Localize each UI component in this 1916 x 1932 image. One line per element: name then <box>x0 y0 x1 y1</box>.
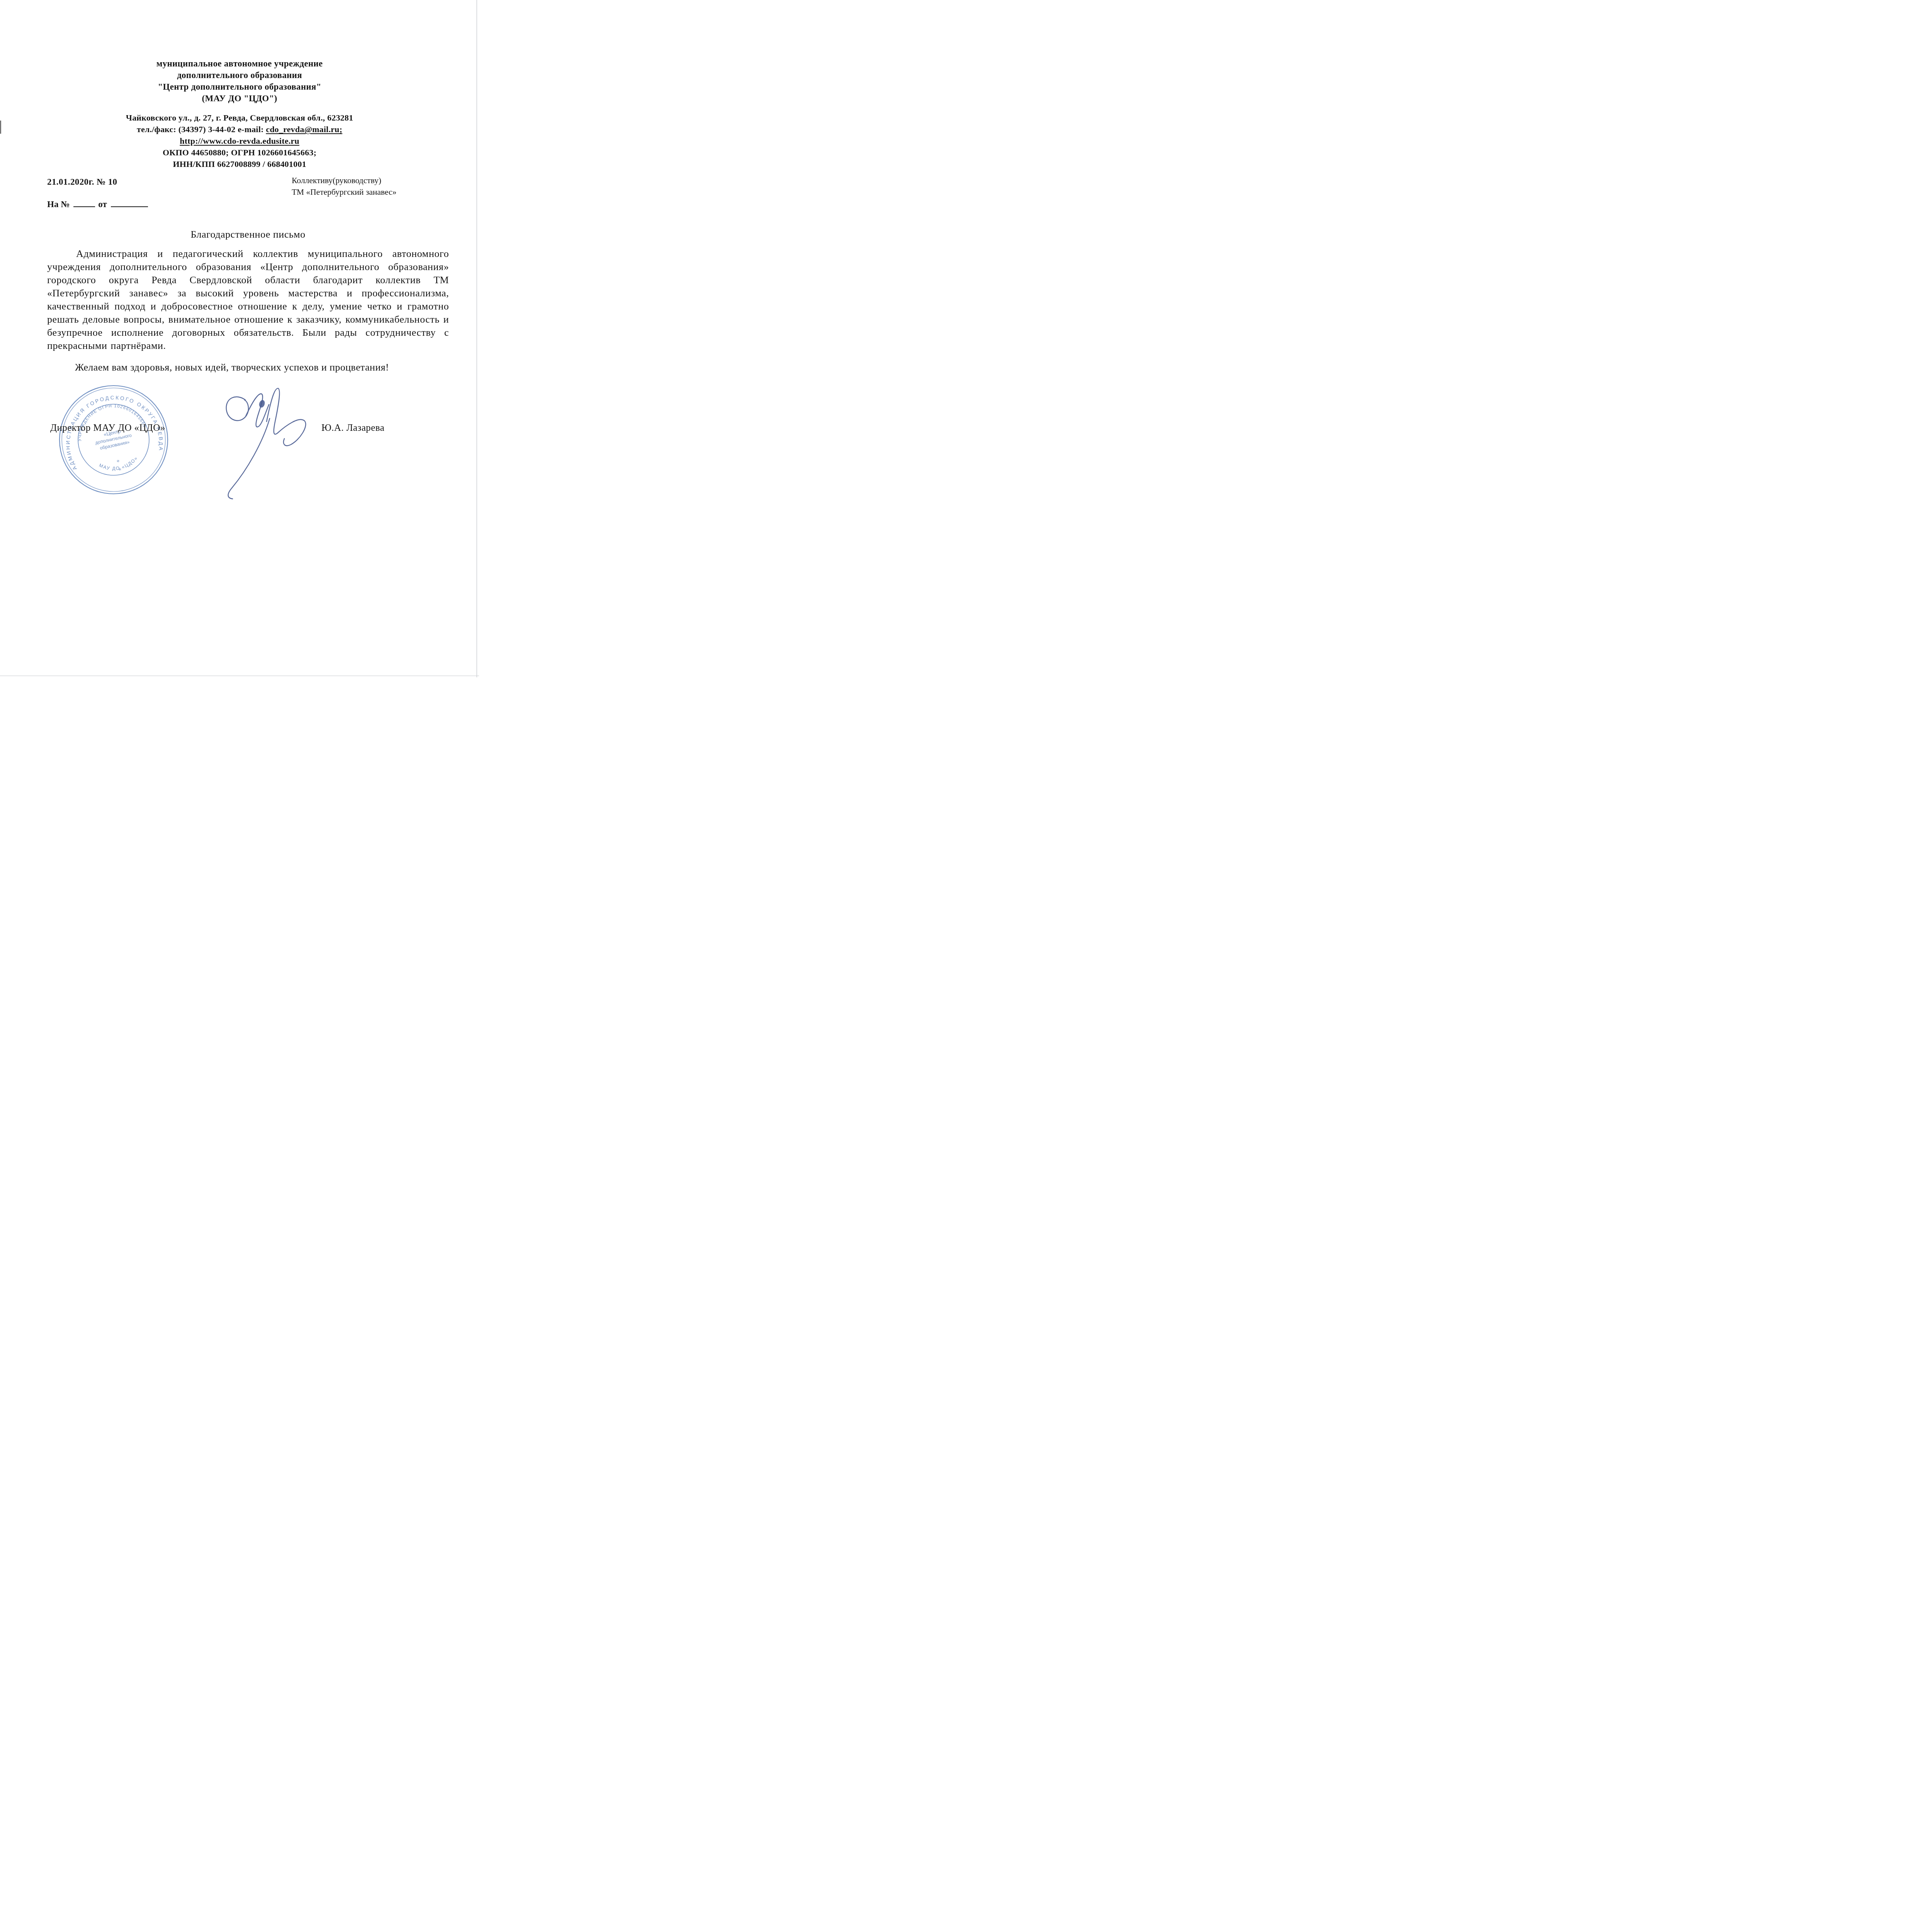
stamp-star-1: ✳ <box>116 459 120 464</box>
scan-edge-right <box>476 0 477 677</box>
inn-kpp-line: ИНН/КПП 6627008899 / 668401001 <box>0 158 479 170</box>
letterhead-org-block: муниципальное автономное учреждение допо… <box>0 58 479 104</box>
scan-edge-bottom <box>0 675 479 676</box>
reply-reference-line: На №от <box>47 199 148 209</box>
signature-stroke-tail <box>228 418 270 499</box>
signer-position: Директор МАУ ДО «ЦДО» <box>50 423 165 433</box>
org-line-4: (МАУ ДО "ЦДО") <box>0 93 479 104</box>
website-line: http://www.cdo-revda.edusite.ru <box>0 135 479 147</box>
letter-body-paragraph: Администрация и педагогический коллектив… <box>47 247 449 352</box>
reply-prefix: На № <box>47 199 70 209</box>
scan-fleck <box>0 121 1 134</box>
org-line-3: "Центр дополнительного образования" <box>0 81 479 93</box>
email-link: cdo_revda@mail.ru; <box>266 124 342 134</box>
signature-stroke-zigzag <box>246 394 269 427</box>
okpo-ogrn-line: ОКПО 44650880; ОГРН 1026601645663; <box>0 147 479 158</box>
scanned-letter-page: муниципальное автономное учреждение допо… <box>0 0 479 677</box>
org-line-2: дополнительного образования <box>0 70 479 81</box>
address-line: Чайковского ул., д. 27, г. Ревда, Свердл… <box>0 112 479 124</box>
reply-from-label: от <box>98 199 107 209</box>
signature-stroke-spike-loop <box>267 388 306 446</box>
org-line-1: муниципальное автономное учреждение <box>0 58 479 70</box>
reply-number-blank <box>73 199 95 207</box>
official-round-stamp: АДМИНИСТРАЦИЯ ГОРОДСКОГО ОКРУГА РЕВДА УЧ… <box>45 371 182 509</box>
handwritten-signature <box>209 384 332 504</box>
recipient-line-2: ТМ «Петербургский занавес» <box>292 186 396 198</box>
phone-email-prefix: тел./факс: (34397) 3-44-02 e-mail: <box>137 124 264 134</box>
reply-date-blank <box>111 199 148 207</box>
signature-stroke-loop <box>226 397 248 421</box>
recipient-block: Коллективу(руководству) ТМ «Петербургски… <box>292 175 396 198</box>
letterhead-contacts-block: Чайковского ул., д. 27, г. Ревда, Свердл… <box>0 112 479 170</box>
recipient-line-1: Коллективу(руководству) <box>292 175 396 186</box>
phone-email-line: тел./факс: (34397) 3-44-02 e-mail: cdo_r… <box>0 124 479 135</box>
signature-ink-blob <box>258 399 265 408</box>
letter-title: Благодарственное письмо <box>47 229 449 240</box>
letter-wishes-paragraph: Желаем вам здоровья, новых идей, творчес… <box>47 362 449 373</box>
website-link: http://www.cdo-revda.edusite.ru <box>180 136 299 146</box>
outgoing-date-number: 21.01.2020г. № 10 <box>47 177 117 187</box>
